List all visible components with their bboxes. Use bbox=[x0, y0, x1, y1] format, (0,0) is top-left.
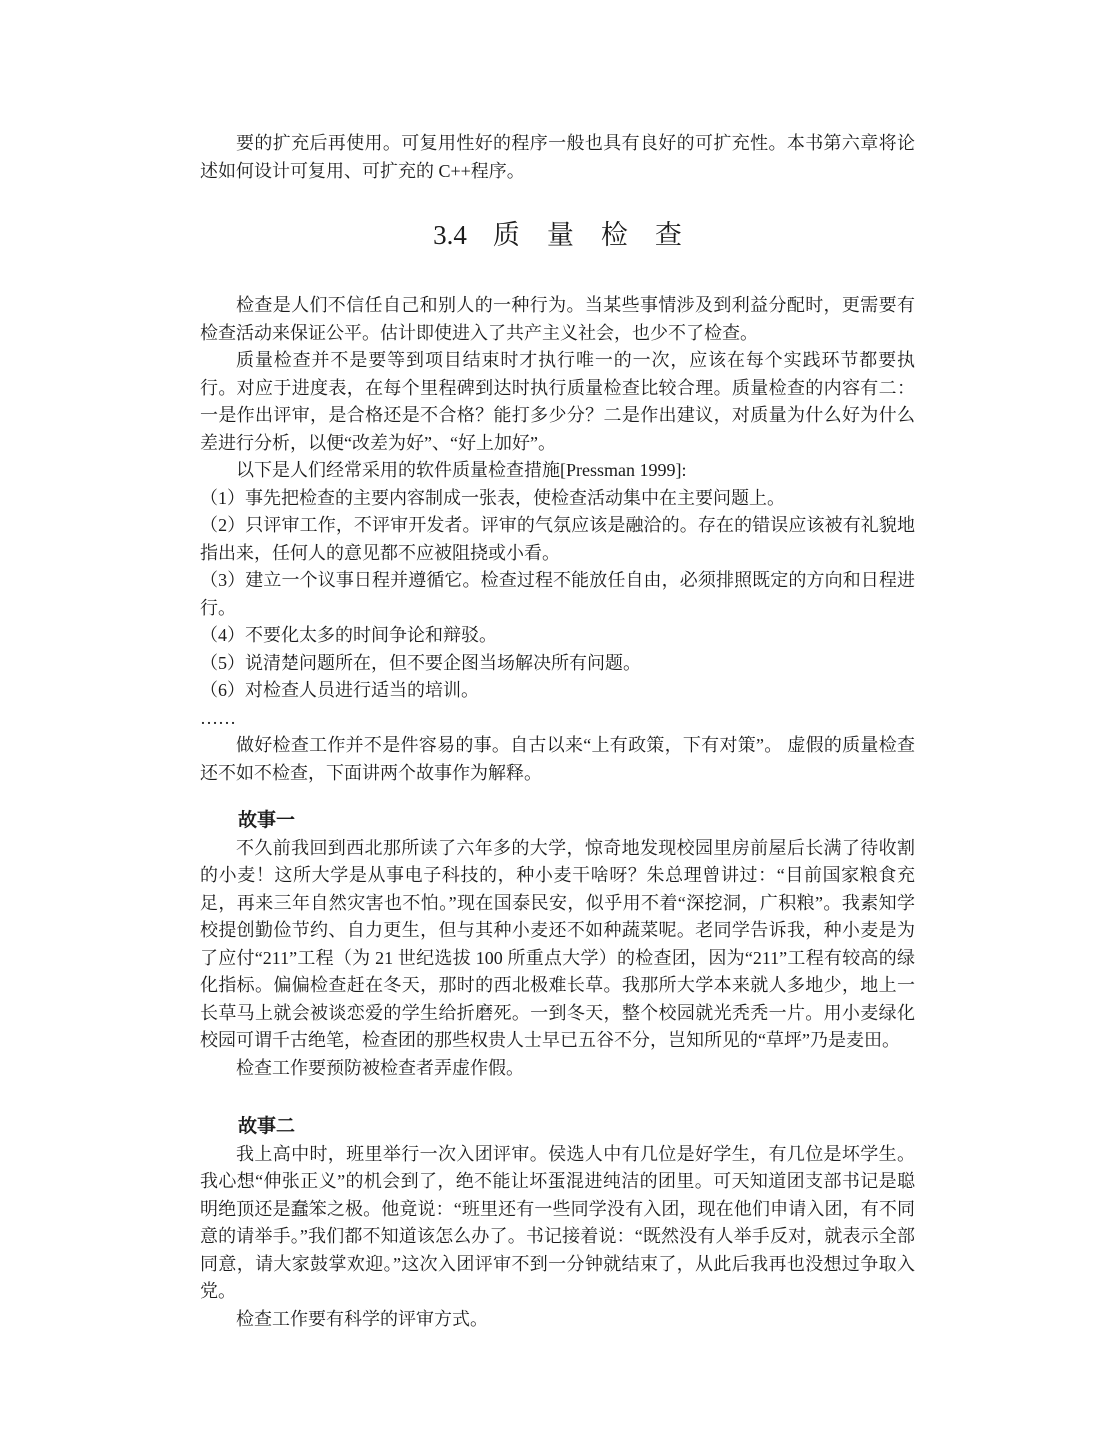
document-page: 要的扩充后再使用。可复用性好的程序一般也具有良好的可扩充性。本书第六章将论述如何… bbox=[0, 0, 1113, 1440]
story-one-moral: 检查工作要预防被检查者弄虚作假。 bbox=[200, 1055, 915, 1083]
paragraph-quality-check-timing: 质量检查并不是要等到项目结束时才执行唯一的一次，应该在每个实践环节都要执行。对应… bbox=[200, 347, 915, 457]
story-two-moral: 检查工作要有科学的评审方式。 bbox=[200, 1306, 915, 1334]
measure-item-6: （6）对检查人员进行适当的培训。 bbox=[200, 677, 915, 705]
intro-continued-paragraph: 要的扩充后再使用。可复用性好的程序一般也具有良好的可扩充性。本书第六章将论述如何… bbox=[200, 130, 915, 185]
story-one-heading: 故事一 bbox=[200, 807, 915, 835]
ellipsis-line: …… bbox=[200, 705, 915, 733]
paragraph-inspection-behavior: 检查是人们不信任自己和别人的一种行为。当某些事情涉及到利益分配时，更需要有检查活… bbox=[200, 292, 915, 347]
closing-paragraph: 做好检查工作并不是件容易的事。自古以来“上有政策，下有对策”。 虚假的质量检查还… bbox=[200, 732, 915, 787]
measure-item-5: （5）说清楚问题所在，但不要企图当场解决所有问题。 bbox=[200, 650, 915, 678]
section-heading: 3.4质 量 检 查 bbox=[200, 218, 915, 252]
measure-item-2: （2）只评审工作，不评审开发者。评审的气氛应该是融洽的。存在的错误应该被有礼貌地… bbox=[200, 512, 915, 567]
section-number: 3.4 bbox=[433, 220, 467, 250]
story-one-body: 不久前我回到西北那所读了六年多的大学，惊奇地发现校园里房前屋后长满了待收割的小麦… bbox=[200, 835, 915, 1055]
measure-item-1: （1）事先把检查的主要内容制成一张表，使检查活动集中在主要问题上。 bbox=[200, 485, 915, 513]
story-two-body: 我上高中时，班里举行一次入团评审。侯选人中有几位是好学生，有几位是坏学生。我心想… bbox=[200, 1141, 915, 1306]
page-content: 要的扩充后再使用。可复用性好的程序一般也具有良好的可扩充性。本书第六章将论述如何… bbox=[200, 130, 915, 1333]
section-title: 质 量 检 查 bbox=[493, 220, 682, 250]
measure-item-3: （3）建立一个议事日程并遵循它。检查过程不能放任自由，必须排照既定的方向和日程进… bbox=[200, 567, 915, 622]
measures-intro: 以下是人们经常采用的软件质量检查措施[Pressman 1999]: bbox=[200, 457, 915, 485]
story-two-heading: 故事二 bbox=[200, 1113, 915, 1141]
measure-item-4: （4）不要化太多的时间争论和辩驳。 bbox=[200, 622, 915, 650]
